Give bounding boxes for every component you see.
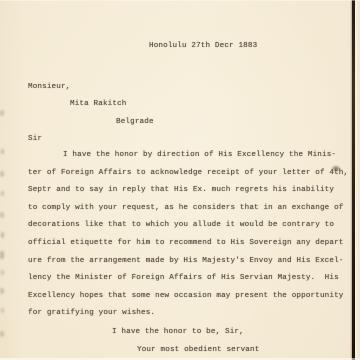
closing-servant-line: Your most obedient servant [137, 345, 259, 355]
bleed-through-mark [1, 232, 4, 238]
ink-smudge [331, 165, 341, 172]
bleed-through-mark [0, 331, 4, 337]
salutation: Monsieur, [28, 82, 70, 92]
closing-honor-line: I have the honor to be, Sir, [112, 327, 244, 337]
body-line: ter of Foreign Affairs to acknowledge re… [28, 165, 348, 183]
bleed-through-mark [1, 149, 4, 154]
letter-body: I have the honor by direction of His Exc… [28, 147, 348, 323]
date-line: Honolulu 27th Decr 1883 [149, 41, 257, 51]
body-line: I have the honor by direction of His Exc… [63, 147, 348, 165]
bleed-through-mark [1, 308, 4, 313]
scanned-letter-page: Honolulu 27th Decr 1883 Monsieur, Mita R… [0, 0, 360, 360]
body-line: Excellency hopes that some new occasion … [28, 288, 348, 306]
bleed-through-mark [1, 191, 4, 196]
bleed-through-mark [0, 251, 4, 259]
body-line: Septr and to say in reply that His Ex. m… [28, 182, 348, 200]
body-line: decorations like that to which you allud… [28, 217, 348, 235]
bleed-through-mark [0, 110, 4, 116]
scan-edge [0, 0, 360, 1]
recipient-name: Mita Rakitch [70, 99, 127, 109]
greeting: Sir [28, 134, 42, 144]
body-line: for gratifying your wishes. [28, 305, 348, 323]
body-line: to comply with your request, as he consi… [28, 200, 348, 218]
body-line: official etiquette for him to recommend … [28, 235, 348, 253]
bleed-through-mark [0, 212, 4, 218]
page-edge-paper-strip [355, 0, 360, 360]
page-edge-line [352, 0, 355, 360]
recipient-city: Belgrade [116, 117, 154, 127]
bleed-through-mark [1, 270, 4, 275]
body-line: ure from the arrangement made by His Maj… [28, 253, 348, 271]
body-line: lency the Minister of Foreign Affairs of… [28, 270, 348, 288]
bleed-through-mark [0, 288, 4, 294]
bleed-through-mark [0, 171, 4, 177]
